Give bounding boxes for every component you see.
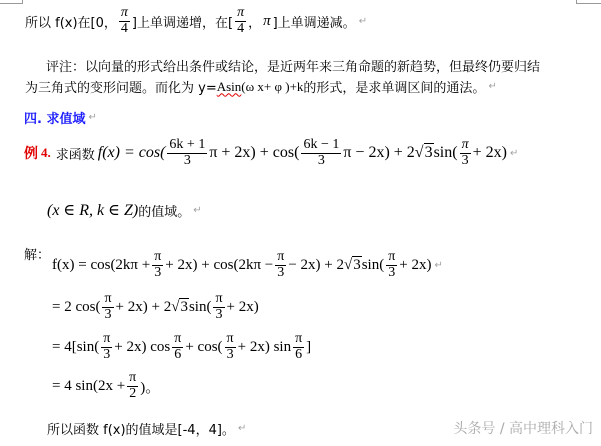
fraction: 6k − 1 3 — [301, 138, 341, 168]
fraction: π3 — [386, 250, 397, 280]
solution-step-4: = 4 sin(2x + π2 )。 — [52, 371, 160, 401]
example-number: 4. — [41, 145, 51, 161]
fraction: π2 — [127, 371, 138, 401]
fraction: π3 — [275, 250, 286, 280]
solution-step-1: f(x) = cos(2kπ + π3 + 2x) + cos(2kπ − π3… — [52, 250, 443, 280]
paragraph-mark-icon: ↵ — [359, 16, 367, 27]
example-domain: (x ∈ R, k ∈ Z) 的值域。 ↵ — [47, 200, 202, 220]
sqrt-symbol: √3 — [415, 144, 434, 162]
paragraph-mark-icon: ↵ — [88, 112, 96, 123]
example-4-problem: 例 4. 求函数 f(x) = cos( 6k + 1 3 π + 2x) + … — [24, 138, 518, 168]
fraction: π3 — [225, 332, 236, 362]
statement-suffix: ]上单调递减。 — [273, 12, 356, 31]
monotonic-statement: 所以 f(x)在[0， π 4 ]上单调递增，在[ π 4 ， π ]上单调递减… — [25, 6, 367, 36]
page-corner-mark-left — [0, 0, 23, 4]
solution-conclusion: 所以函数 f(x)的值域是[-4，4]。 ↵ — [47, 419, 246, 438]
section-heading: 四. 求值域 ↵ — [24, 108, 97, 127]
paragraph-mark-icon: ↵ — [435, 260, 443, 271]
page-corner-mark-right — [576, 0, 601, 4]
paragraph-mark-icon: ↵ — [193, 205, 201, 216]
comment-line-2: 为三角式的变形问题。而化为 y= Asin (ω x+ φ )+k 的形式，是求… — [25, 77, 497, 96]
solution-label: 解： — [24, 244, 50, 263]
paragraph-mark-icon: ↵ — [488, 81, 496, 92]
fraction: π3 — [102, 292, 113, 322]
sqrt-symbol: √3 — [344, 257, 362, 274]
fraction-pi-over-4: π 4 — [119, 6, 130, 36]
fraction: π 3 — [460, 138, 471, 168]
watermark: 头条号 / 高中理科入门 — [453, 418, 593, 438]
fraction: π6 — [172, 332, 183, 362]
statement-prefix: 所以 f(x)在[0， — [25, 12, 117, 31]
fraction: π6 — [293, 332, 304, 362]
solution-step-2: = 2 cos( π3 + 2x) + 2 √3 sin( π3 + 2x) — [52, 292, 259, 322]
example-label: 例 — [24, 143, 38, 163]
paragraph-mark-icon: ↵ — [510, 148, 518, 159]
comment-line-1: 评注：以向量的形式给出条件或结论，是近两年来三角命题的新趋势，但最终仍要归结 — [46, 56, 540, 75]
solution-step-3: = 4[sin( π3 + 2x) cos π6 + cos( π3 + 2x)… — [52, 332, 311, 362]
fraction: π3 — [101, 332, 112, 362]
paragraph-mark-icon: ↵ — [238, 423, 246, 434]
fraction: 6k + 1 3 — [167, 138, 207, 168]
fraction: π3 — [152, 250, 163, 280]
fraction-pi-over-4: π 4 — [235, 6, 246, 36]
fraction: π3 — [213, 292, 224, 322]
sqrt-symbol: √3 — [171, 299, 189, 316]
spellcheck-underlined-text: Asin — [217, 79, 242, 95]
statement-mid: ]上单调递增，在[ — [132, 12, 233, 31]
